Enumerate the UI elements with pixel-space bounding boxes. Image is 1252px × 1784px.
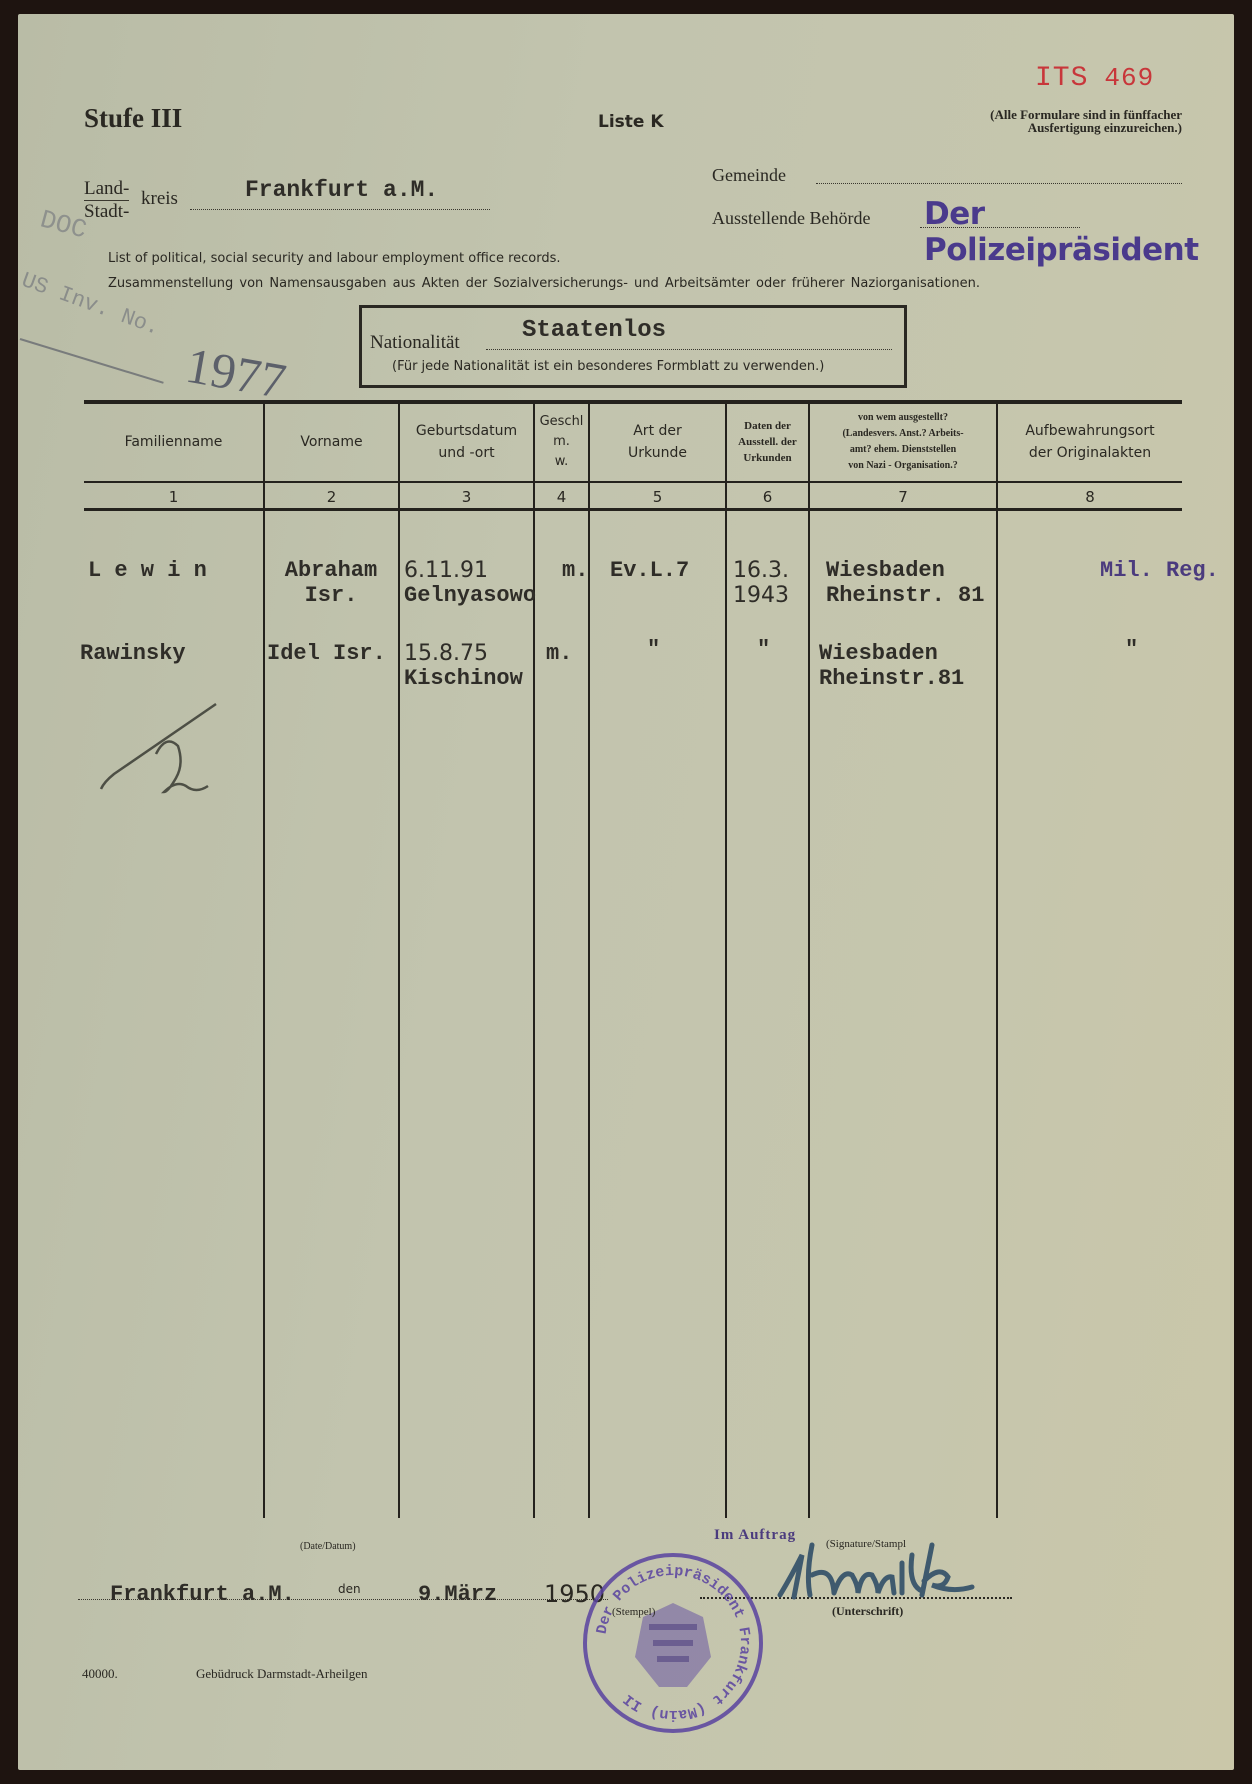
column-number: 4 [535,488,588,506]
column-number: 2 [265,488,398,506]
cell-art: Ev.L.7 [610,558,689,583]
its-number: 469 [1104,63,1154,93]
description-english: List of political, social security and l… [108,251,561,266]
cell-geschlecht: m. [546,641,572,666]
cell-familienname: Rawinsky [80,641,186,666]
submission-note-line2: Ausfertigung einzureichen.) [900,121,1182,134]
kreis-label: kreis [141,188,178,210]
print-run: 40000. [82,1666,118,1682]
cell-datum: " [757,637,770,662]
den-label: den [338,1582,361,1596]
nationality-note: (Für jede Nationalität ist ein besondere… [392,359,824,374]
behoerde-stamp[interactable]: Der Polizeipräsident [924,196,1252,268]
cell-aufbewahrungsort: " [1125,637,1138,662]
description-german: Zusammenstellung von Namensausgaben aus … [108,276,980,291]
column-number: 1 [84,488,263,506]
printer-imprint: Gebüdruck Darmstadt-Arheilgen [196,1666,367,1682]
cell-geburtsdatum: 6.11.91Gelnyasowo [404,558,536,608]
column-header-geburtsdatum: Geburtsdatumund -ort [400,404,533,480]
kreis-field[interactable]: Frankfurt a.M. [245,177,438,203]
column-divider [725,402,727,1518]
nationality-field[interactable]: Staatenlos [522,317,666,344]
gemeinde-field[interactable] [816,166,1182,184]
header-bottom-rule [84,481,1182,483]
submission-note: (Alle Formulare sind in fünffacher Ausfe… [900,108,1182,134]
behoerde-label: Ausstellende Behörde [712,208,870,229]
cell-vorname: AbrahamIsr. [273,558,389,608]
column-header-aufbewahrungsort: Aufbewahrungsortder Originalakten [998,404,1182,480]
cell-geburtsdatum: 15.8.75Kischinow [404,641,523,691]
land-label: Land- [84,178,129,201]
nationality-label: Nationalität [370,332,460,354]
seal-eagle-icon: Der Polizeipräsident Frankfurt (Main) II [587,1557,759,1729]
its-archive-stamp: ITS469 [1035,63,1154,94]
cell-aussteller: WiesbadenRheinstr.81 [819,641,964,691]
column-number: 5 [590,488,725,506]
cell-vorname: Idel Isr. [267,641,386,666]
column-header-geschlecht: Geschlm.w. [535,404,588,480]
column-header-aussteller: von wem ausgestellt?(Landesvers. Anst.? … [810,404,996,480]
land-stadt-label: Land- Stadt- [84,178,129,223]
list-name: Liste K [598,112,664,132]
column-number: 6 [727,488,808,506]
form-level: Stufe III [84,103,182,134]
column-header-daten: Daten derAusstell. derUrkunden [727,404,808,480]
its-prefix: ITS [1035,63,1088,94]
column-divider [263,512,265,1518]
date-label: (Date/Datum) [300,1541,356,1552]
colnum-bottom-rule [84,508,1182,511]
column-number: 8 [998,488,1182,506]
official-seal: Der Polizeipräsident Frankfurt (Main) II [583,1553,763,1733]
cell-datum: 16.3.1943 [733,558,789,608]
cell-familienname: L e w i n [88,558,207,583]
column-number: 7 [810,488,996,506]
date-day-field[interactable]: 9.März [418,1582,497,1607]
column-divider [398,402,400,1518]
handwritten-signature [772,1535,1002,1605]
cell-geschlecht: m. [562,558,588,583]
column-header-familienname: Familienname [84,404,263,480]
stempel-label: (Stempel) [612,1606,655,1618]
column-divider [808,402,810,1518]
handwritten-count-mark [96,694,226,804]
column-number: 3 [400,488,533,506]
column-divider [996,402,998,1518]
gemeinde-label: Gemeinde [712,165,786,186]
date-place-field[interactable]: Frankfurt a.M. [110,1582,295,1607]
cell-aussteller: WiesbadenRheinstr. 81 [826,558,984,608]
stadt-label: Stadt- [84,201,129,223]
cell-art: " [647,637,660,662]
column-header-vorname: Vorname [265,404,398,480]
unterschrift-label: (Unterschrift) [832,1604,903,1619]
cell-aufbewahrungsort: Mil. Reg. [1100,558,1219,583]
column-header-art: Art derUrkunde [590,404,725,480]
